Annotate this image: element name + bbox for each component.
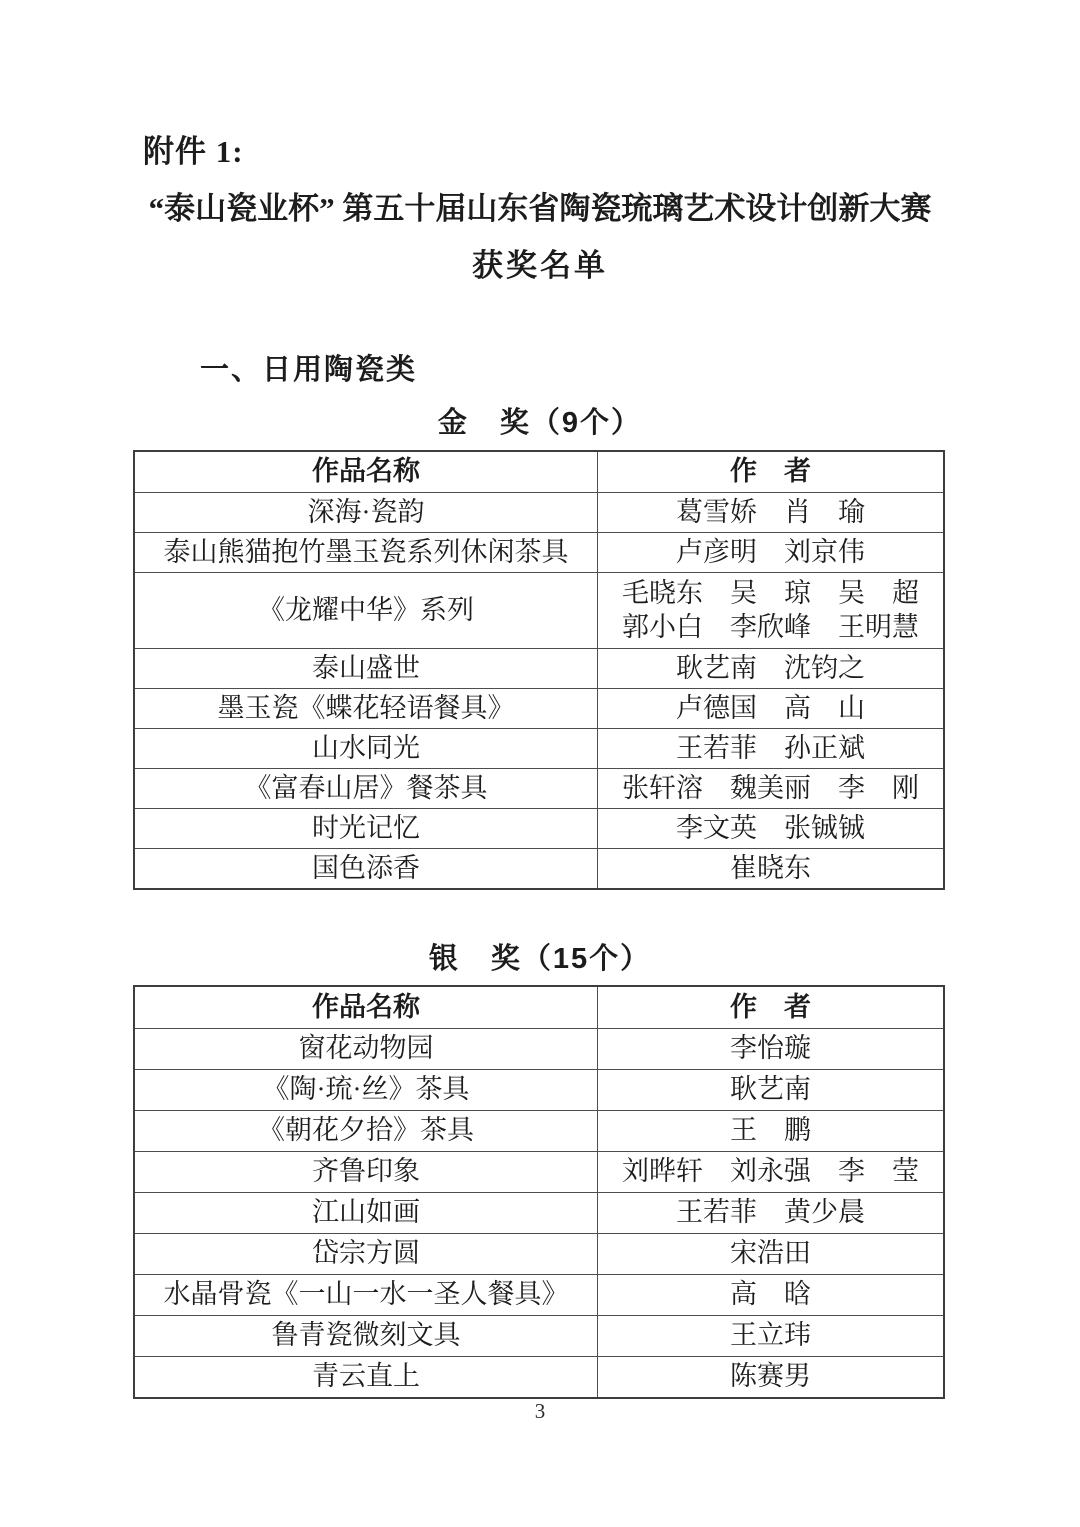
table-row: 国色添香 崔晓东 — [135, 848, 943, 888]
author-cell: 张轩溶 魏美丽 李 刚 — [598, 769, 943, 808]
table-header-row: 作品名称 作 者 — [135, 452, 943, 492]
gold-award-table: 作品名称 作 者 深海·瓷韵 葛雪娇 肖 瑜 泰山熊猫抱竹墨玉瓷系列休闲茶具 卢… — [133, 450, 945, 890]
table-row: 泰山盛世 耿艺南 沈钧之 — [135, 648, 943, 688]
document-title-line1: “泰山瓷业杯” 第五十届山东省陶瓷琉璃艺术设计创新大赛 — [0, 183, 1080, 228]
work-name-cell: 泰山熊猫抱竹墨玉瓷系列休闲茶具 — [135, 533, 598, 572]
work-name-cell: 泰山盛世 — [135, 649, 598, 688]
work-name-cell: 水晶骨瓷《一山一水一圣人餐具》 — [135, 1275, 598, 1315]
author-cell: 高 晗 — [598, 1275, 943, 1315]
author-cell: 宋浩田 — [598, 1234, 943, 1274]
work-name-cell: 墨玉瓷《蝶花轻语餐具》 — [135, 689, 598, 728]
work-name-cell: 《龙耀中华》系列 — [135, 573, 598, 648]
author-cell: 葛雪娇 肖 瑜 — [598, 493, 943, 532]
table-row: 窗花动物园 李怡璇 — [135, 1028, 943, 1069]
author-cell: 李文英 张铖铖 — [598, 809, 943, 848]
work-name-cell: 《朝花夕拾》茶具 — [135, 1111, 598, 1151]
table-row: 鲁青瓷微刻文具 王立玮 — [135, 1315, 943, 1356]
column-header-work-name: 作品名称 — [135, 452, 598, 492]
column-header-author: 作 者 — [598, 452, 943, 492]
author-cell: 卢德国 高 山 — [598, 689, 943, 728]
silver-award-table: 作品名称 作 者 窗花动物园 李怡璇 《陶·琉·丝》茶具 耿艺南 《朝花夕拾》茶… — [133, 985, 945, 1399]
table-row: 墨玉瓷《蝶花轻语餐具》 卢德国 高 山 — [135, 688, 943, 728]
table-row: 江山如画 王若菲 黄少晨 — [135, 1192, 943, 1233]
author-cell: 陈赛男 — [598, 1357, 943, 1397]
table-row: 水晶骨瓷《一山一水一圣人餐具》 高 晗 — [135, 1274, 943, 1315]
author-cell: 耿艺南 — [598, 1070, 943, 1110]
work-name-cell: 鲁青瓷微刻文具 — [135, 1316, 598, 1356]
author-cell: 李怡璇 — [598, 1029, 943, 1069]
table-row: 《富春山居》餐茶具 张轩溶 魏美丽 李 刚 — [135, 768, 943, 808]
table-row: 深海·瓷韵 葛雪娇 肖 瑜 — [135, 492, 943, 532]
author-cell: 王若菲 黄少晨 — [598, 1193, 943, 1233]
work-name-cell: 时光记忆 — [135, 809, 598, 848]
work-name-cell: 国色添香 — [135, 849, 598, 888]
author-cell: 崔晓东 — [598, 849, 943, 888]
author-cell: 王立玮 — [598, 1316, 943, 1356]
gold-award-heading: 金 奖（9个） — [0, 400, 1080, 441]
table-row: 《朝花夕拾》茶具 王 鹏 — [135, 1110, 943, 1151]
author-cell: 耿艺南 沈钧之 — [598, 649, 943, 688]
work-name-cell: 深海·瓷韵 — [135, 493, 598, 532]
table-row: 时光记忆 李文英 张铖铖 — [135, 808, 943, 848]
author-cell: 刘晔轩 刘永强 李 莹 — [598, 1152, 943, 1192]
column-header-author: 作 者 — [598, 987, 943, 1028]
work-name-cell: 齐鲁印象 — [135, 1152, 598, 1192]
section-heading-daily-ceramics: 一、日用陶瓷类 — [200, 347, 417, 388]
silver-award-heading: 银 奖（15个） — [0, 936, 1080, 977]
work-name-cell: 《陶·琉·丝》茶具 — [135, 1070, 598, 1110]
work-name-cell: 山水同光 — [135, 729, 598, 768]
work-name-cell: 窗花动物园 — [135, 1029, 598, 1069]
author-cell: 王 鹏 — [598, 1111, 943, 1151]
author-line: 毛晓东 吴 琼 吴 超 — [622, 577, 919, 611]
table-row: 青云直上 陈赛男 — [135, 1356, 943, 1397]
table-header-row: 作品名称 作 者 — [135, 987, 943, 1028]
work-name-cell: 青云直上 — [135, 1357, 598, 1397]
column-header-work-name: 作品名称 — [135, 987, 598, 1028]
work-name-cell: 岱宗方圆 — [135, 1234, 598, 1274]
work-name-cell: 《富春山居》餐茶具 — [135, 769, 598, 808]
author-cell: 王若菲 孙正斌 — [598, 729, 943, 768]
document-title-line2: 获奖名单 — [0, 240, 1080, 285]
document-page: 附件 1: “泰山瓷业杯” 第五十届山东省陶瓷琉璃艺术设计创新大赛 获奖名单 一… — [0, 0, 1080, 1527]
attachment-label: 附件 1: — [143, 126, 244, 171]
table-row: 岱宗方圆 宋浩田 — [135, 1233, 943, 1274]
table-row: 齐鲁印象 刘晔轩 刘永强 李 莹 — [135, 1151, 943, 1192]
table-row: 《陶·琉·丝》茶具 耿艺南 — [135, 1069, 943, 1110]
table-row: 山水同光 王若菲 孙正斌 — [135, 728, 943, 768]
work-name-cell: 江山如画 — [135, 1193, 598, 1233]
author-cell: 卢彦明 刘京伟 — [598, 533, 943, 572]
table-row: 泰山熊猫抱竹墨玉瓷系列休闲茶具 卢彦明 刘京伟 — [135, 532, 943, 572]
table-row: 《龙耀中华》系列 毛晓东 吴 琼 吴 超 郭小白 李欣峰 王明慧 — [135, 572, 943, 648]
page-number: 3 — [0, 1399, 1080, 1424]
author-line: 郭小白 李欣峰 王明慧 — [622, 611, 919, 645]
author-cell: 毛晓东 吴 琼 吴 超 郭小白 李欣峰 王明慧 — [598, 573, 943, 648]
